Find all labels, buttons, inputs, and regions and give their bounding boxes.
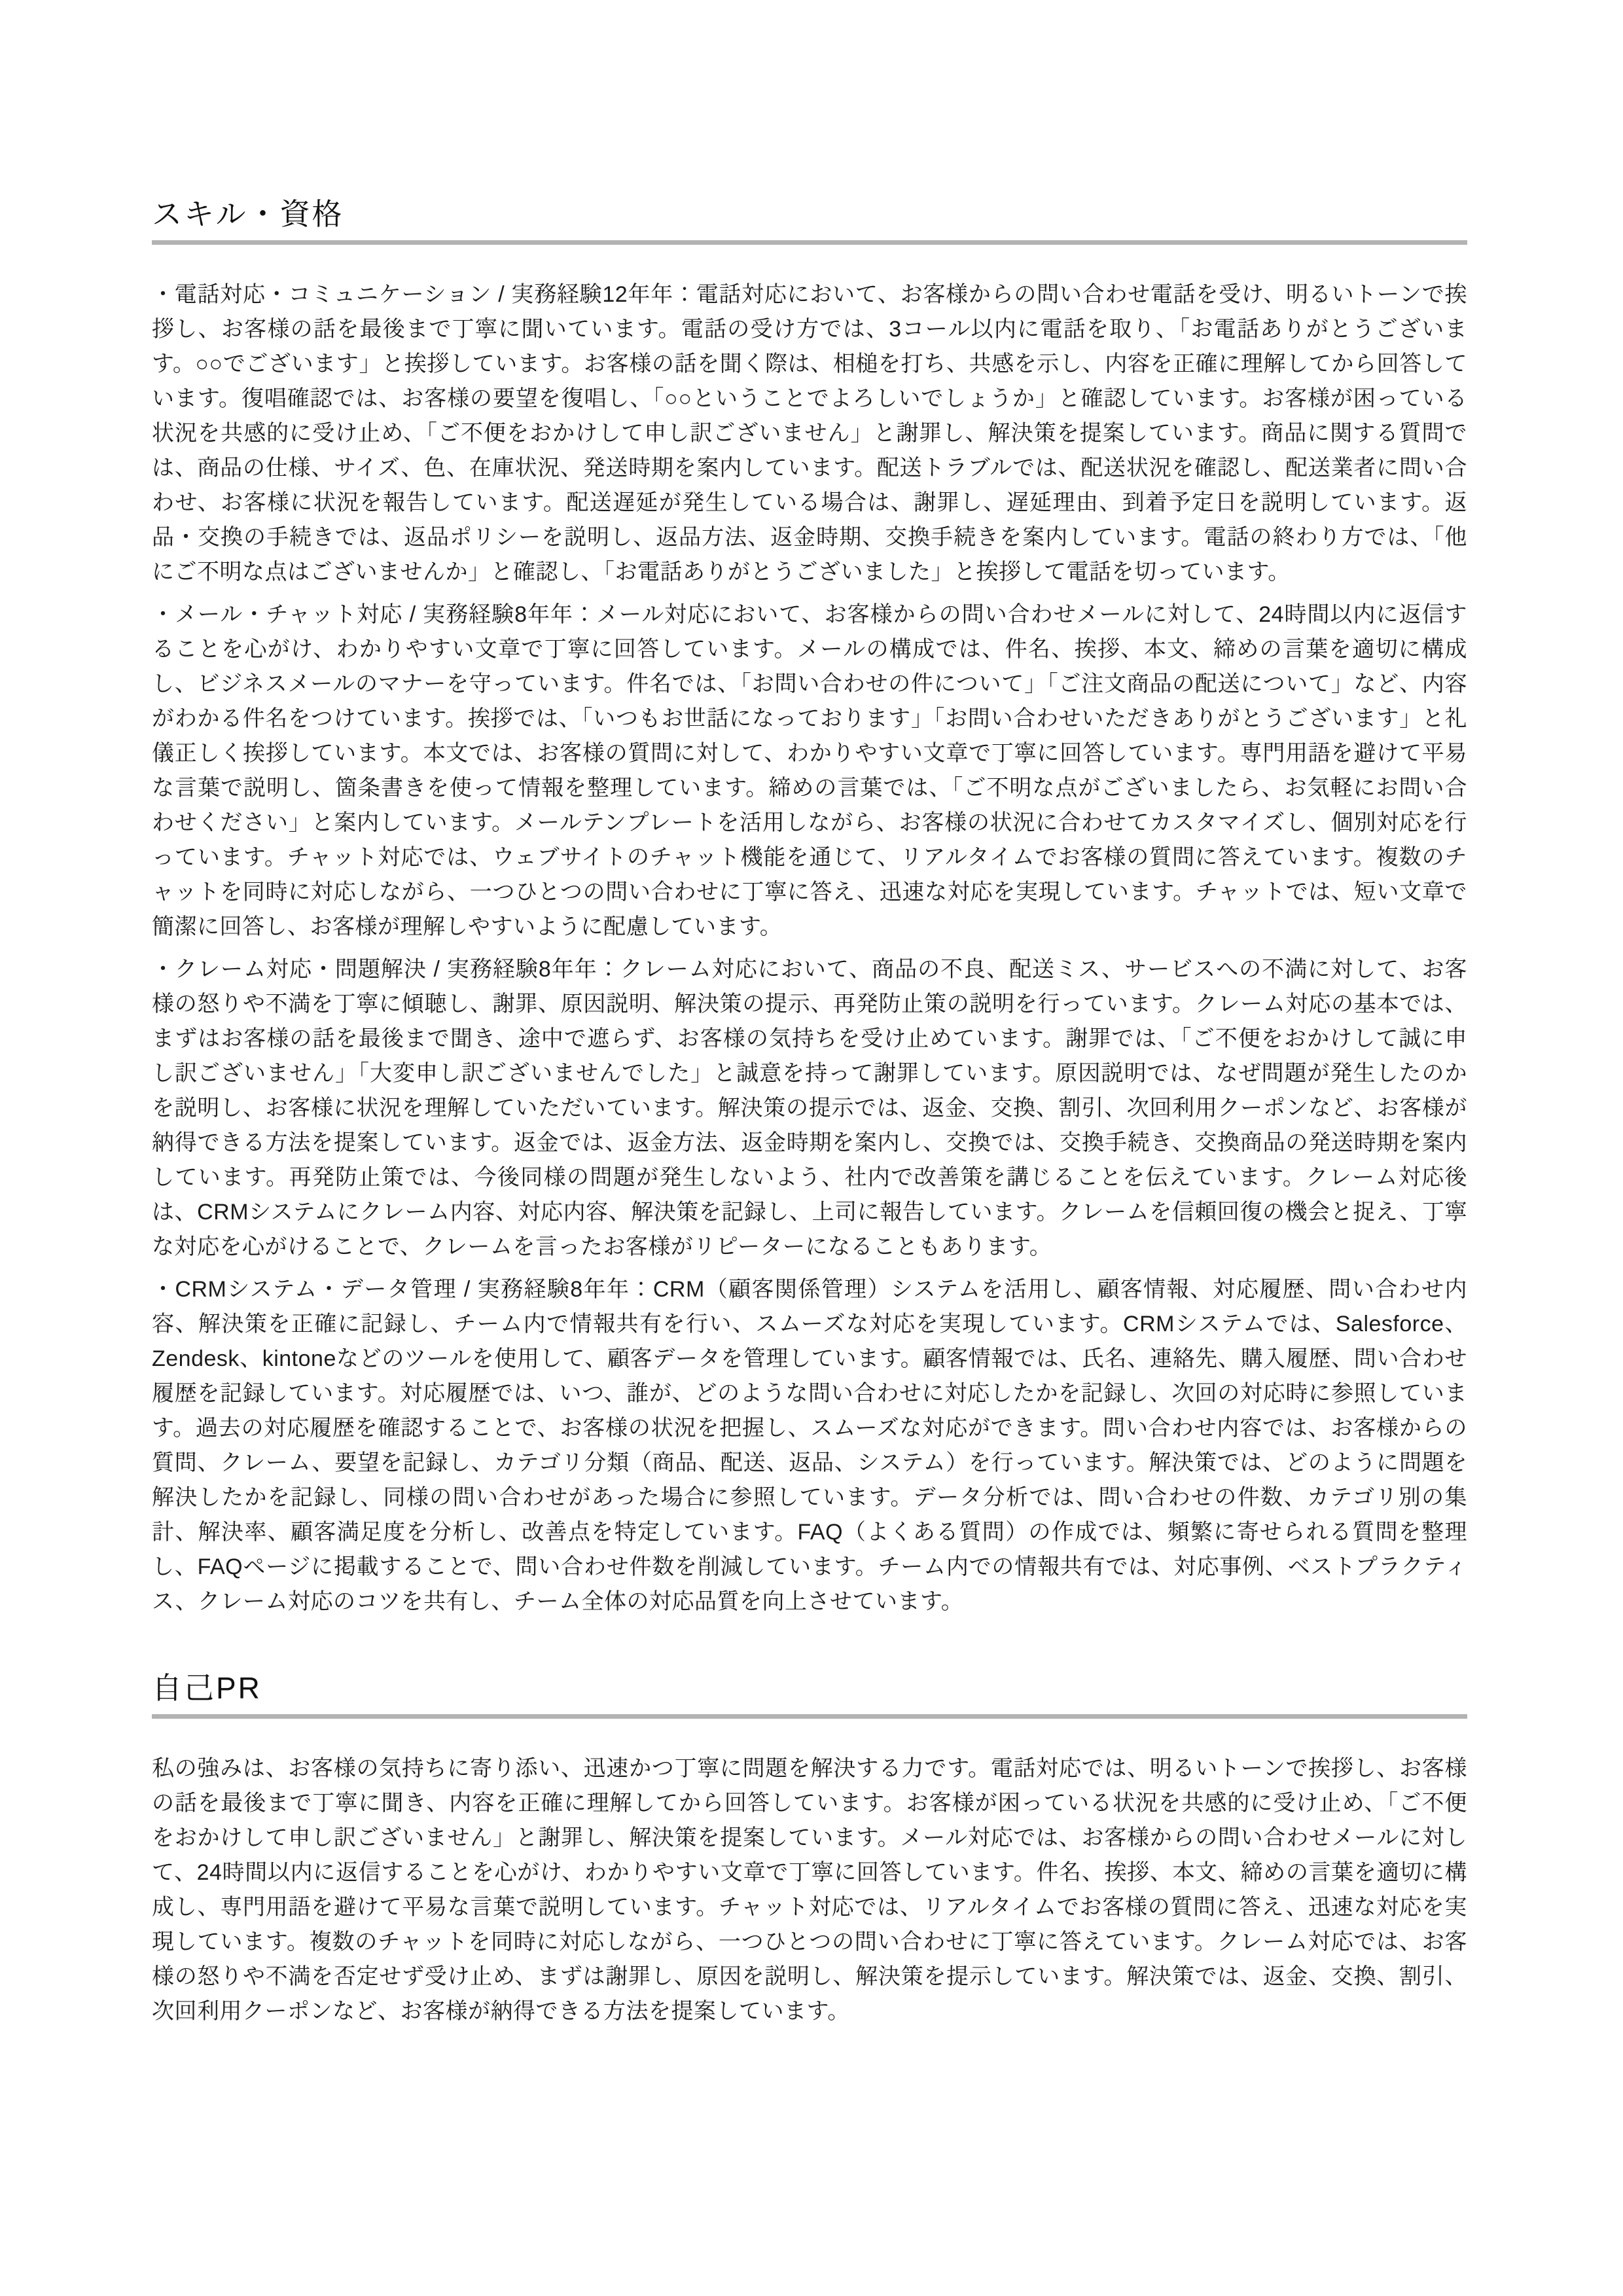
- skills-section-divider: [152, 240, 1467, 245]
- self-pr-section-heading: 自己PR: [152, 1670, 1467, 1706]
- skill-item-email-chat-support: ・メール・チャット対応 / 実務経験8年年：メール対応において、お客様からの問い…: [152, 598, 1467, 944]
- skill-item-complaint-handling: ・クレーム対応・問題解決 / 実務経験8年年：クレーム対応において、商品の不良、…: [152, 952, 1467, 1265]
- self-pr-section-divider: [152, 1714, 1467, 1719]
- section-skills-qualifications: スキル・資格 ・電話対応・コミュニケーション / 実務経験12年年：電話対応にお…: [152, 196, 1467, 1619]
- resume-document-page: スキル・資格 ・電話対応・コミュニケーション / 実務経験12年年：電話対応にお…: [0, 0, 1623, 2296]
- skill-item-crm-data-management: ・CRMシステム・データ管理 / 実務経験8年年：CRM（顧客関係管理）システム…: [152, 1272, 1467, 1619]
- self-pr-paragraph: 私の強みは、お客様の気持ちに寄り添い、迅速かつ丁寧に問題を解決する力です。電話対…: [152, 1751, 1467, 2029]
- section-self-pr: 自己PR 私の強みは、お客様の気持ちに寄り添い、迅速かつ丁寧に問題を解決する力で…: [152, 1670, 1467, 2029]
- skill-item-phone-support: ・電話対応・コミュニケーション / 実務経験12年年：電話対応において、お客様か…: [152, 278, 1467, 590]
- skills-section-heading: スキル・資格: [152, 196, 1467, 232]
